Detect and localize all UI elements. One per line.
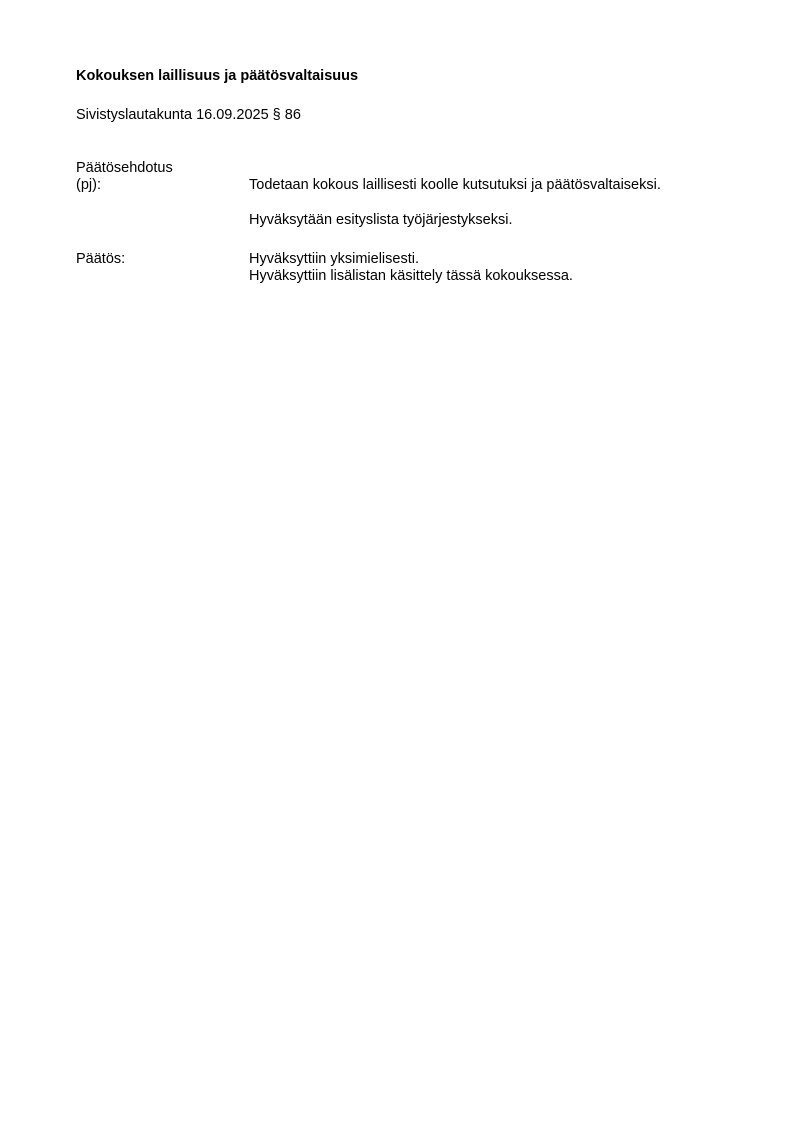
document-title: Kokouksen laillisuus ja päätösvaltaisuus <box>76 68 358 84</box>
decision-label: Päätös: <box>76 251 125 268</box>
proposal-label-line2: (pj): <box>76 177 101 194</box>
proposal-text-2: Hyväksytään esityslista työjärjestykseks… <box>249 212 513 229</box>
proposal-label-line1: Päätösehdotus <box>76 160 173 177</box>
proposal-text-1: Todetaan kokous laillisesti koolle kutsu… <box>249 177 661 194</box>
document-page: Kokouksen laillisuus ja päätösvaltaisuus… <box>0 0 794 1122</box>
meeting-reference: Sivistyslautakunta 16.09.2025 § 86 <box>76 107 301 123</box>
decision-text-1: Hyväksyttiin yksimielisesti. <box>249 251 419 268</box>
decision-text-2: Hyväksyttiin lisälistan käsittely tässä … <box>249 268 573 285</box>
